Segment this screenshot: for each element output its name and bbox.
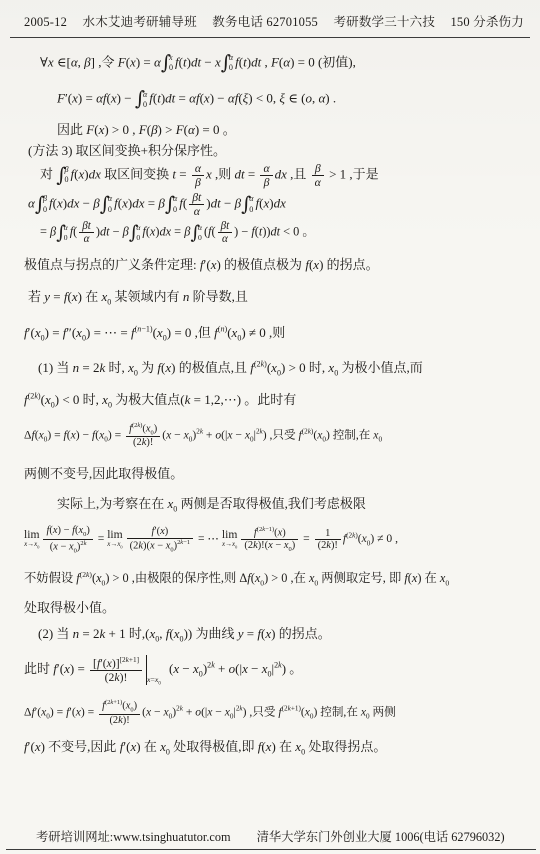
doc-line-inflection: f′(x) 不变号,因此 f′(x) 在 x0 处取得极值,即 f(x) 在 x… — [24, 738, 526, 758]
doc-line-case1-max: f(2k)(x0) < 0 时, x0 为极大值点(k = 1,2,⋯) 。此时… — [24, 391, 526, 411]
doc-line-substitution: 对 ∫β0f(x)dx 取区间变换 t = αβx ,则 dt = αβdx ,… — [40, 162, 526, 189]
doc-line-local-min: 处取得极小值。 — [24, 599, 526, 617]
doc-line-case2-formula: 此时 f′(x) = [f′(x)][2k+1](2k)!x=x0 (x − x… — [24, 655, 526, 685]
doc-line-delta-f: Δf(x0) = f(x) − f(x0) = f(2k)(x0)(2k)!(x… — [24, 422, 526, 449]
doc-line-f-prime: F′(x) = αf(x) − ∫α0f(t)dt = αf(x) − αf(ξ… — [57, 86, 526, 112]
header-issue: 2005-12 — [24, 15, 67, 30]
doc-line-forall-def: ∀x ∈[α, β] ,令 F(x) = α∫x0f(t)dt − x∫α0f(… — [40, 50, 526, 76]
footer-site: 考研培训网址:www.tsinghuatutor.com — [36, 827, 231, 845]
doc-line-case1: (1) 当 n = 2k 时, x0 为 f(x) 的极值点,且 f(2k)(x… — [38, 359, 526, 379]
doc-line-limit-chain: limx→x0f(x) − f(x0)(x − x0)2k = limx→x0f… — [24, 525, 526, 554]
doc-line-conclusion: 因此 F(x) > 0 , F(β) > F(α) = 0 。 — [57, 121, 526, 139]
doc-line-actually: 实际上,为考察在在 x0 两侧是否取得极值,我们考虑极限 — [57, 495, 526, 515]
scanned-document-page: 2005-12 水木艾迪考研辅导班 教务电话 62701055 考研数学三十六技… — [0, 0, 540, 854]
doc-line-integral-eq1: α∫β0f(x)dx − β∫α0f(x)dx = β∫α0f(βtα)dt −… — [28, 191, 526, 218]
doc-line-hypothesis: 若 y = f(x) 在 x0 某领域内有 n 阶导数,且 — [28, 288, 526, 308]
page-header: 2005-12 水木艾迪考研辅导班 教务电话 62701055 考研数学三十六技… — [24, 8, 526, 30]
doc-line-derivatives-zero: f′(x0) = f″(x0) = ⋯ = f(n−1)(x0) = 0 ,但 … — [24, 324, 526, 344]
footer-rule — [6, 849, 536, 850]
doc-line-theorem-title: 极值点与拐点的广义条件定理: f′(x) 的极值点极为 f(x) 的拐点。 — [24, 256, 526, 274]
header-rule — [10, 37, 530, 38]
header-slogan: 150 分杀伤力 — [450, 12, 523, 30]
doc-line-case2: (2) 当 n = 2k + 1 时,(x0, f(x0)) 为曲线 y = f… — [38, 625, 526, 645]
page-footer: 考研培训网址:www.tsinghuatutor.com 清华大学东门外创业大厦… — [0, 827, 540, 854]
doc-line-assume-positive: 不妨假设 f(2k)(x0) > 0 ,由极限的保序性,则 Δf(x0) > 0… — [24, 570, 526, 589]
header-phone: 教务电话 62701055 — [212, 12, 318, 30]
doc-line-delta-f-prime: Δf′(x0) = f′(x) = f(2k+1)(x0)(2k)!(x − x… — [24, 699, 526, 726]
doc-line-integral-eq2: = β∫α0f(βtα)dt − β∫α0f(x)dx = β∫α0(f(βtα… — [40, 220, 526, 246]
footer-address: 清华大学东门外创业大厦 1006(电话 62796032) — [257, 827, 505, 845]
header-course: 考研数学三十六技 — [333, 12, 435, 30]
doc-line-method3-title: (方法 3) 取区间变换+积分保序性。 — [28, 142, 526, 160]
header-school: 水木艾迪考研辅导班 — [83, 12, 197, 30]
doc-line-no-sign-change: 两侧不变号,因此取得极值。 — [24, 465, 526, 483]
